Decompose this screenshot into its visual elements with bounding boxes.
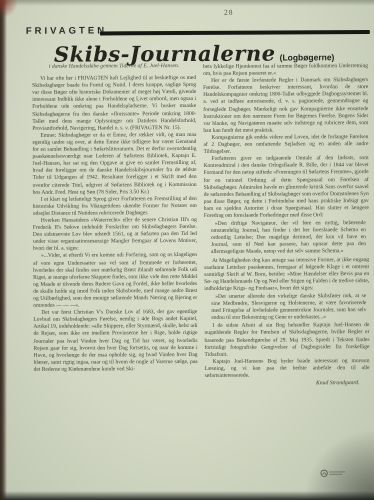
right-column: bets lykkelige Hjemkomst faa af samme Bø… bbox=[203, 63, 370, 464]
paragraph: Her er de første lovfæstede Regler i Dan… bbox=[203, 77, 368, 135]
masthead-rule bbox=[100, 30, 370, 35]
quote-paragraph: »Det smerter allerede den virkelige dans… bbox=[211, 293, 369, 322]
paragraph: Kaptajn Juel-Hansens Bog byder baade int… bbox=[205, 358, 370, 380]
paragraph: I de sidste Afsnit af sin Bog behandler … bbox=[204, 322, 369, 358]
paragraph: bets lykkelige Hjemkomst faa af samme Bø… bbox=[203, 63, 368, 78]
paragraph: At Mageligheden dog kan antage saa inten… bbox=[204, 257, 369, 293]
byline: i danske Handelsskibe gennem Tiderne af … bbox=[32, 63, 196, 71]
paragraph: Emnet: Skibsdagbøger er da et Emne, der … bbox=[32, 132, 196, 197]
article-title-suffix: (Logbøgerne) bbox=[280, 52, 335, 62]
paragraph: I et klart og letfatteligt Sprog giver F… bbox=[33, 196, 197, 218]
page-number: 28 bbox=[217, 8, 241, 17]
quote-paragraph: »Den driftige Navigateur, der vil føre e… bbox=[211, 220, 369, 256]
scanned-magazine-page: 28 FRIVAGTEN Skibs-Journalerne(Logbøgern… bbox=[0, 0, 374, 500]
author-signature: Knud Strandgaard. bbox=[205, 380, 360, 388]
printer-mark-icon bbox=[318, 465, 348, 483]
masthead-frivagten: FRIVAGTEN bbox=[26, 25, 107, 36]
paragraph: Hverken Hansatidens »Waterrecht« eller d… bbox=[33, 217, 197, 253]
paragraph: Kompagnierne gik endda videre end Loven,… bbox=[203, 134, 368, 156]
left-column: i danske Handelsskibe gennem Tiderne af … bbox=[32, 63, 198, 466]
paragraph: Forfatteren giver en indgaaende Omtale a… bbox=[204, 155, 369, 220]
paragraph: Det var først Christian V's Danske Lov a… bbox=[33, 309, 197, 374]
quote-paragraph: »...Vider, at efterdi Vi ere komne udi F… bbox=[33, 252, 197, 310]
paragraph: Vi har ofte her i FRIVAGTEN haft Lejligh… bbox=[32, 75, 196, 133]
